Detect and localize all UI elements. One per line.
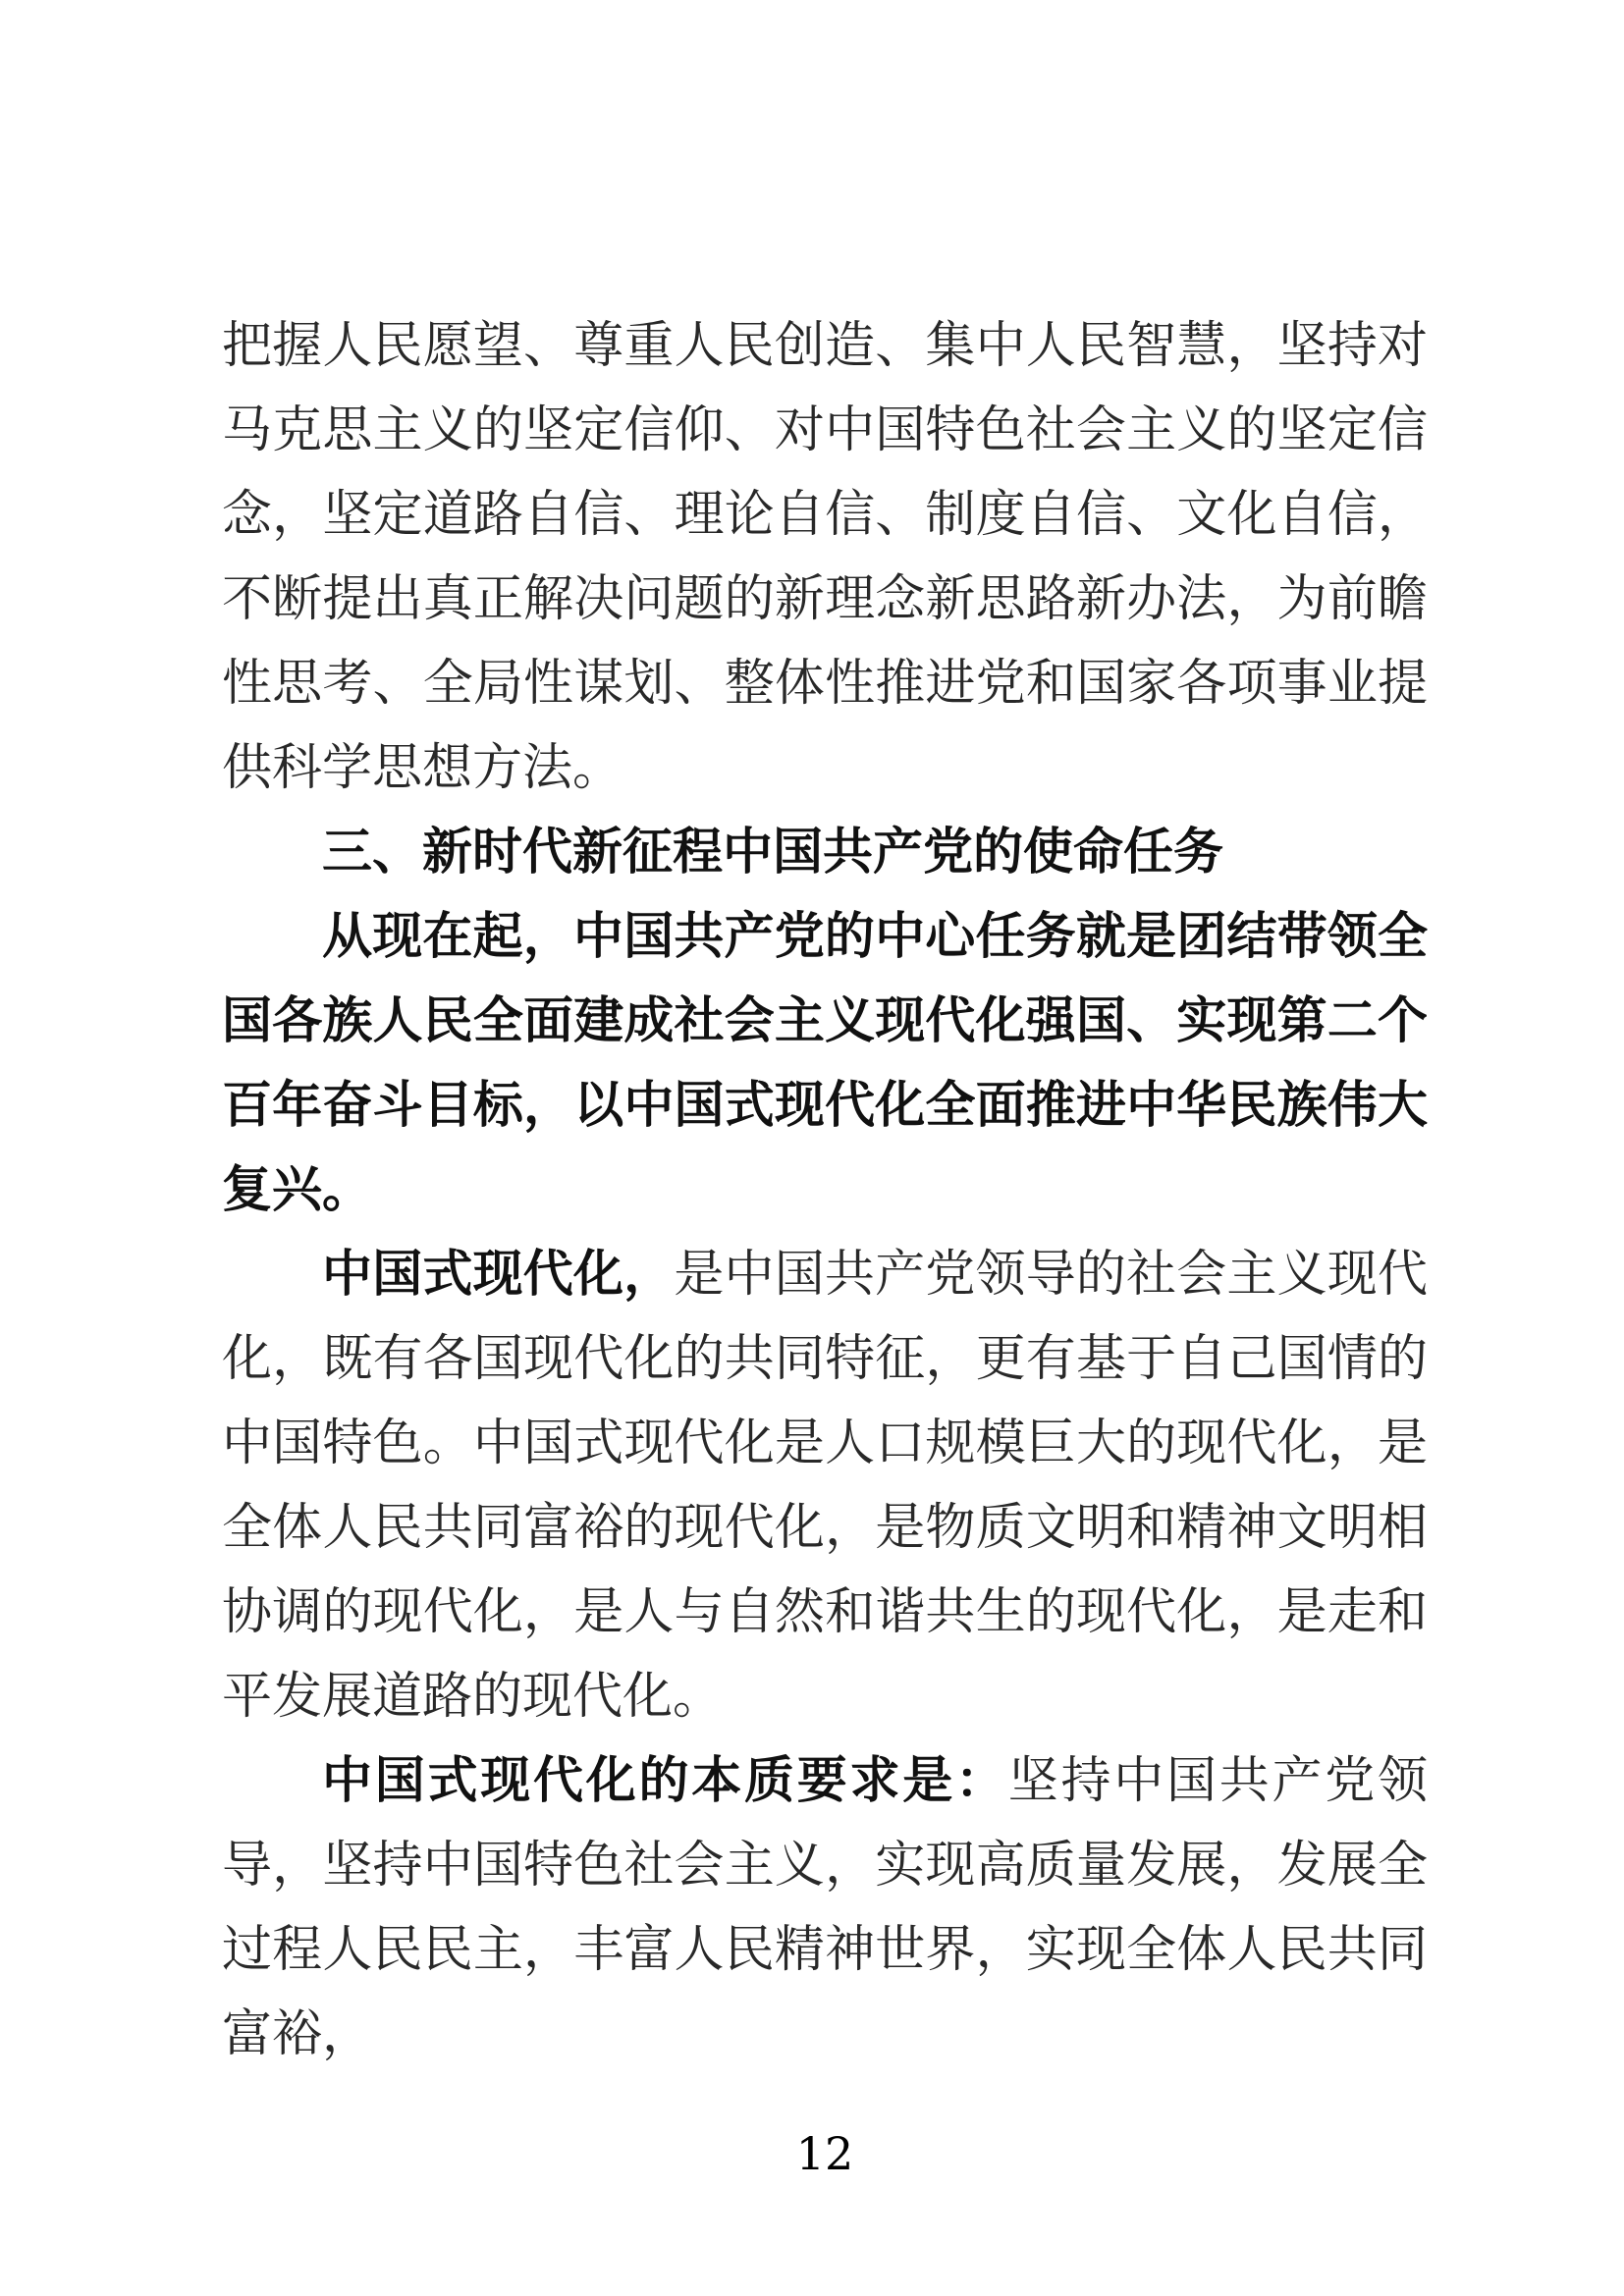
- lead-bold-essential-requirements: 中国式现代化的本质要求是：: [322, 1752, 1008, 1810]
- lead-bold-chinese-modernization: 中国式现代化，: [322, 1246, 674, 1304]
- paragraph-chinese-modernization: 中国式现代化，是中国共产党领导的社会主义现代化，既有各国现代化的共同特征，更有基…: [222, 1233, 1428, 1739]
- page-number: 12: [222, 2128, 1428, 2179]
- paragraph-essential-requirements: 中国式现代化的本质要求是：坚持中国共产党领导，坚持中国特色社会主义，实现高质量发…: [222, 1739, 1428, 2077]
- section-heading-mission-tasks: 三、新时代新征程中国共产党的使命任务: [222, 811, 1428, 895]
- document-page: 把握人民愿望、尊重人民创造、集中人民智慧，坚持对马克思主义的坚定信仰、对中国特色…: [0, 0, 1624, 2296]
- text-block: 把握人民愿望、尊重人民创造、集中人民智慧，坚持对马克思主义的坚定信仰、对中国特色…: [222, 304, 1428, 2077]
- paragraph-central-task: 从现在起，中国共产党的中心任务就是团结带领全国各族人民全面建成社会主义现代化强国…: [222, 895, 1428, 1233]
- paragraph-scientific-thought-methods: 把握人民愿望、尊重人民创造、集中人民智慧，坚持对马克思主义的坚定信仰、对中国特色…: [222, 304, 1428, 811]
- body-text-chinese-modernization: 是中国共产党领导的社会主义现代化，既有各国现代化的共同特征，更有基于自己国情的中…: [222, 1246, 1428, 1726]
